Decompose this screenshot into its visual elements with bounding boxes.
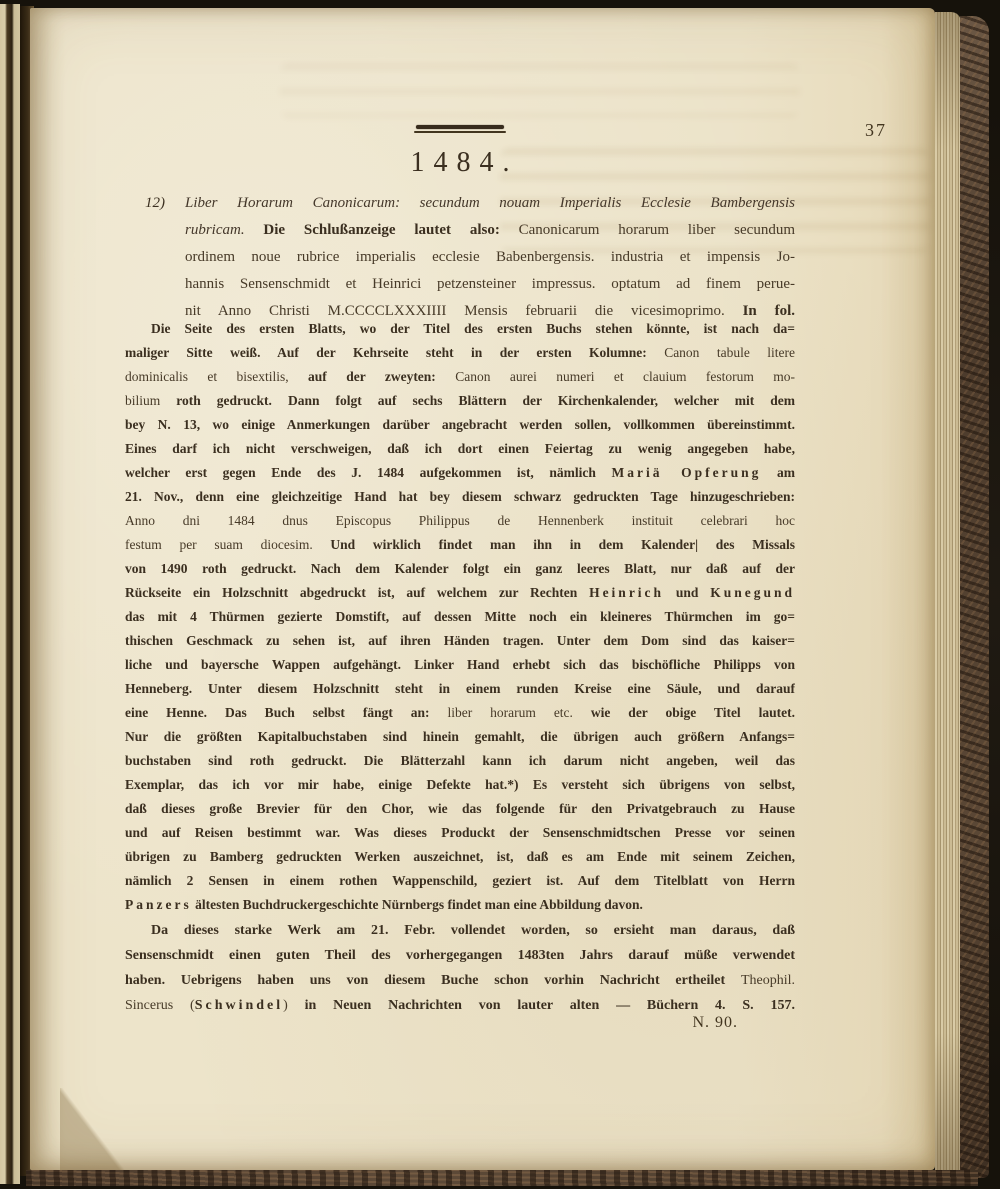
closing-paragraph: Da dieses starke Werk am 21. Febr. volle…: [125, 918, 795, 1018]
text-segment: Henneberg. Unter diesem Holzschnitt steh…: [125, 681, 795, 696]
text-line: nämlich 2 Sensen in einem rothen Wappens…: [125, 869, 795, 893]
text-line: bilium roth gedruckt. Dann folgt auf sec…: [125, 389, 795, 413]
text-line: Rückseite ein Holzschnitt abgedruckt ist…: [125, 581, 795, 605]
show-through-text: [280, 63, 800, 118]
text-segment: roth gedruckt. Dann folgt auf sechs Blät…: [176, 393, 795, 408]
rule-thin-bar: [414, 131, 506, 133]
text-line: dominicalis et bisextilis, auf der zweyt…: [125, 365, 795, 389]
rule-thick-bar: [416, 125, 504, 129]
text-line: übrigen zu Bamberg gedruckten Werken aus…: [125, 845, 795, 869]
text-segment: und auf Reisen bestimmt war. Was dieses …: [125, 825, 795, 840]
fore-edge-pages: [935, 12, 961, 1172]
text-line: haben. Uebrigens haben uns von diesem Bu…: [125, 968, 795, 993]
text-segment: 21. Nov., denn eine gleichzeitige Hand h…: [125, 489, 795, 504]
signature-mark: N. 90.: [125, 1014, 738, 1032]
text-segment: Canonicarum horarum liber secundum: [519, 222, 795, 238]
text-segment: haben. Uebrigens haben uns von diesem Bu…: [125, 973, 741, 988]
text-segment: eine Henne. Das Buch selbst fängt an:: [125, 705, 447, 720]
text-segment: und: [664, 585, 710, 600]
book-page: 37 1484. 12) Liber Horarum Canonicarum: …: [30, 8, 935, 1170]
text-segment: Die Seite des ersten Blatts, wo der Tite…: [151, 321, 795, 336]
text-segment: ): [283, 998, 304, 1013]
text-segment: dominicalis et bisextilis,: [125, 369, 308, 384]
text-segment: am: [761, 465, 795, 480]
decorative-rule: [125, 125, 795, 133]
text-segment: Mariä Opferung: [612, 465, 762, 480]
text-segment: ältesten Buchdruckergeschichte Nürnbergs…: [192, 897, 643, 912]
text-line: rubricam. Die Schlußanzeige lautet also:…: [185, 217, 795, 244]
text-line: Panzers ältesten Buchdruckergeschichte N…: [125, 893, 795, 917]
text-segment: Kunegund: [710, 585, 795, 600]
text-segment: thischen Geschmack zu sehen ist, auf ihr…: [125, 633, 795, 648]
page-corner-shadow: [60, 1088, 130, 1180]
page-number: 37: [865, 120, 925, 141]
text-line: ordinem noue rubrice imperialis ecclesie…: [185, 244, 795, 271]
text-segment: maliger Sitte weiß. Auf der Kehrseite st…: [125, 345, 664, 360]
text-line: thischen Geschmack zu sehen ist, auf ihr…: [125, 629, 795, 653]
text-line: hannis Sensenschmidt et Heinrici petzens…: [185, 271, 795, 298]
text-line: bey N. 13, wo einige Anmerkungen darüber…: [125, 413, 795, 437]
text-segment: Canon aurei numeri et clauium festorum m…: [455, 369, 795, 384]
text-line: Die Seite des ersten Blatts, wo der Tite…: [125, 317, 795, 341]
text-segment: liche und bayersche Wappen aufgehängt. L…: [125, 657, 795, 672]
entry-lines: Liber Horarum Canonicarum: secundum noua…: [185, 190, 795, 325]
text-line: welcher erst gegen Ende des J. 1484 aufg…: [125, 461, 795, 485]
text-segment: Da dieses starke Werk am 21. Febr. volle…: [151, 923, 795, 938]
book-scan: 37 1484. 12) Liber Horarum Canonicarum: …: [0, 0, 1000, 1189]
previous-page-edge: [0, 4, 20, 1184]
text-segment: Anno dni 1484 dnus Episcopus Philippus d…: [125, 513, 795, 528]
text-segment: in Neuen Nachrichten von lauter alten — …: [305, 998, 795, 1013]
text-segment: welcher erst gegen Ende des J. 1484 aufg…: [125, 465, 612, 480]
text-line: Sensenschmidt einen guten Theil des vorh…: [125, 943, 795, 968]
text-segment: Eines darf ich nicht verschweigen, daß i…: [125, 441, 795, 456]
text-segment: Die Schlußanzeige lautet also:: [263, 222, 518, 238]
text-segment: Panzers: [125, 897, 192, 912]
text-segment: Exemplar, das ich vor mir habe, einige D…: [125, 777, 795, 792]
text-line: Henneberg. Unter diesem Holzschnitt steh…: [125, 677, 795, 701]
text-line: maliger Sitte weiß. Auf der Kehrseite st…: [125, 341, 795, 365]
text-line: 21. Nov., denn eine gleichzeitige Hand h…: [125, 485, 795, 509]
text-segment: Sensenschmidt einen guten Theil des vorh…: [125, 948, 795, 963]
text-segment: buchstaben sind roth gedruckt. Die Blätt…: [125, 753, 795, 768]
book-cover-edge-bottom: [26, 1170, 978, 1186]
text-line: buchstaben sind roth gedruckt. Die Blätt…: [125, 749, 795, 773]
text-segment: von 1490 roth gedruckt. Nach dem Kalende…: [125, 561, 795, 576]
text-segment: Canon tabule litere: [664, 345, 795, 360]
text-segment: Liber Horarum Canonicarum: secundum noua…: [185, 195, 795, 211]
text-segment: Rückseite ein Holzschnitt abgedruckt ist…: [125, 585, 589, 600]
text-segment: festum per suam diocesim.: [125, 537, 330, 552]
text-segment: liber horarum etc.: [447, 705, 590, 720]
text-segment: das mit 4 Thürmen gezierte Domstift, auf…: [125, 609, 795, 624]
text-segment: bilium: [125, 393, 176, 408]
text-segment: bey N. 13, wo einige Anmerkungen darüber…: [125, 417, 795, 432]
text-segment: hannis Sensenschmidt et Heinrici petzens…: [185, 276, 795, 292]
text-segment: Und wirklich findet man ihn in dem Kalen…: [330, 537, 795, 552]
year-heading: 1484.: [125, 147, 795, 179]
text-line: das mit 4 Thürmen gezierte Domstift, auf…: [125, 605, 795, 629]
text-segment: Theophil.: [741, 973, 795, 988]
text-line: Da dieses starke Werk am 21. Febr. volle…: [125, 918, 795, 943]
text-segment: auf der zweyten:: [308, 369, 455, 384]
text-segment: ordinem noue rubrice imperialis ecclesie…: [185, 249, 795, 265]
text-segment: Heinrich: [589, 585, 664, 600]
entry-number: 12): [145, 195, 165, 212]
text-segment: wie der obige Titel lautet.: [591, 705, 795, 720]
text-line: daß dieses große Brevier für den Chor, w…: [125, 797, 795, 821]
book-cover-edge-right: [960, 16, 989, 1178]
text-line: eine Henne. Das Buch selbst fängt an: li…: [125, 701, 795, 725]
text-segment: nämlich 2 Sensen in einem rothen Wappens…: [125, 873, 795, 888]
text-line: von 1490 roth gedruckt. Nach dem Kalende…: [125, 557, 795, 581]
bibliographic-entry: 12) Liber Horarum Canonicarum: secundum …: [185, 190, 795, 325]
text-line: Exemplar, das ich vor mir habe, einige D…: [125, 773, 795, 797]
text-line: festum per suam diocesim. Und wirklich f…: [125, 533, 795, 557]
text-line: Nur die größten Kapitalbuchstaben sind h…: [125, 725, 795, 749]
text-line: und auf Reisen bestimmt war. Was dieses …: [125, 821, 795, 845]
main-text-block: Die Seite des ersten Blatts, wo der Tite…: [125, 317, 795, 917]
text-line: Eines darf ich nicht verschweigen, daß i…: [125, 437, 795, 461]
text-segment: Sincerus (: [125, 998, 195, 1013]
text-line: Liber Horarum Canonicarum: secundum noua…: [185, 190, 795, 217]
text-line: liche und bayersche Wappen aufgehängt. L…: [125, 653, 795, 677]
text-segment: Nur die größten Kapitalbuchstaben sind h…: [125, 729, 795, 744]
text-segment: übrigen zu Bamberg gedruckten Werken aus…: [125, 849, 795, 864]
text-segment: daß dieses große Brevier für den Chor, w…: [125, 801, 795, 816]
text-line: Anno dni 1484 dnus Episcopus Philippus d…: [125, 509, 795, 533]
text-segment: rubricam.: [185, 222, 263, 238]
text-segment: Schwindel: [195, 998, 283, 1013]
